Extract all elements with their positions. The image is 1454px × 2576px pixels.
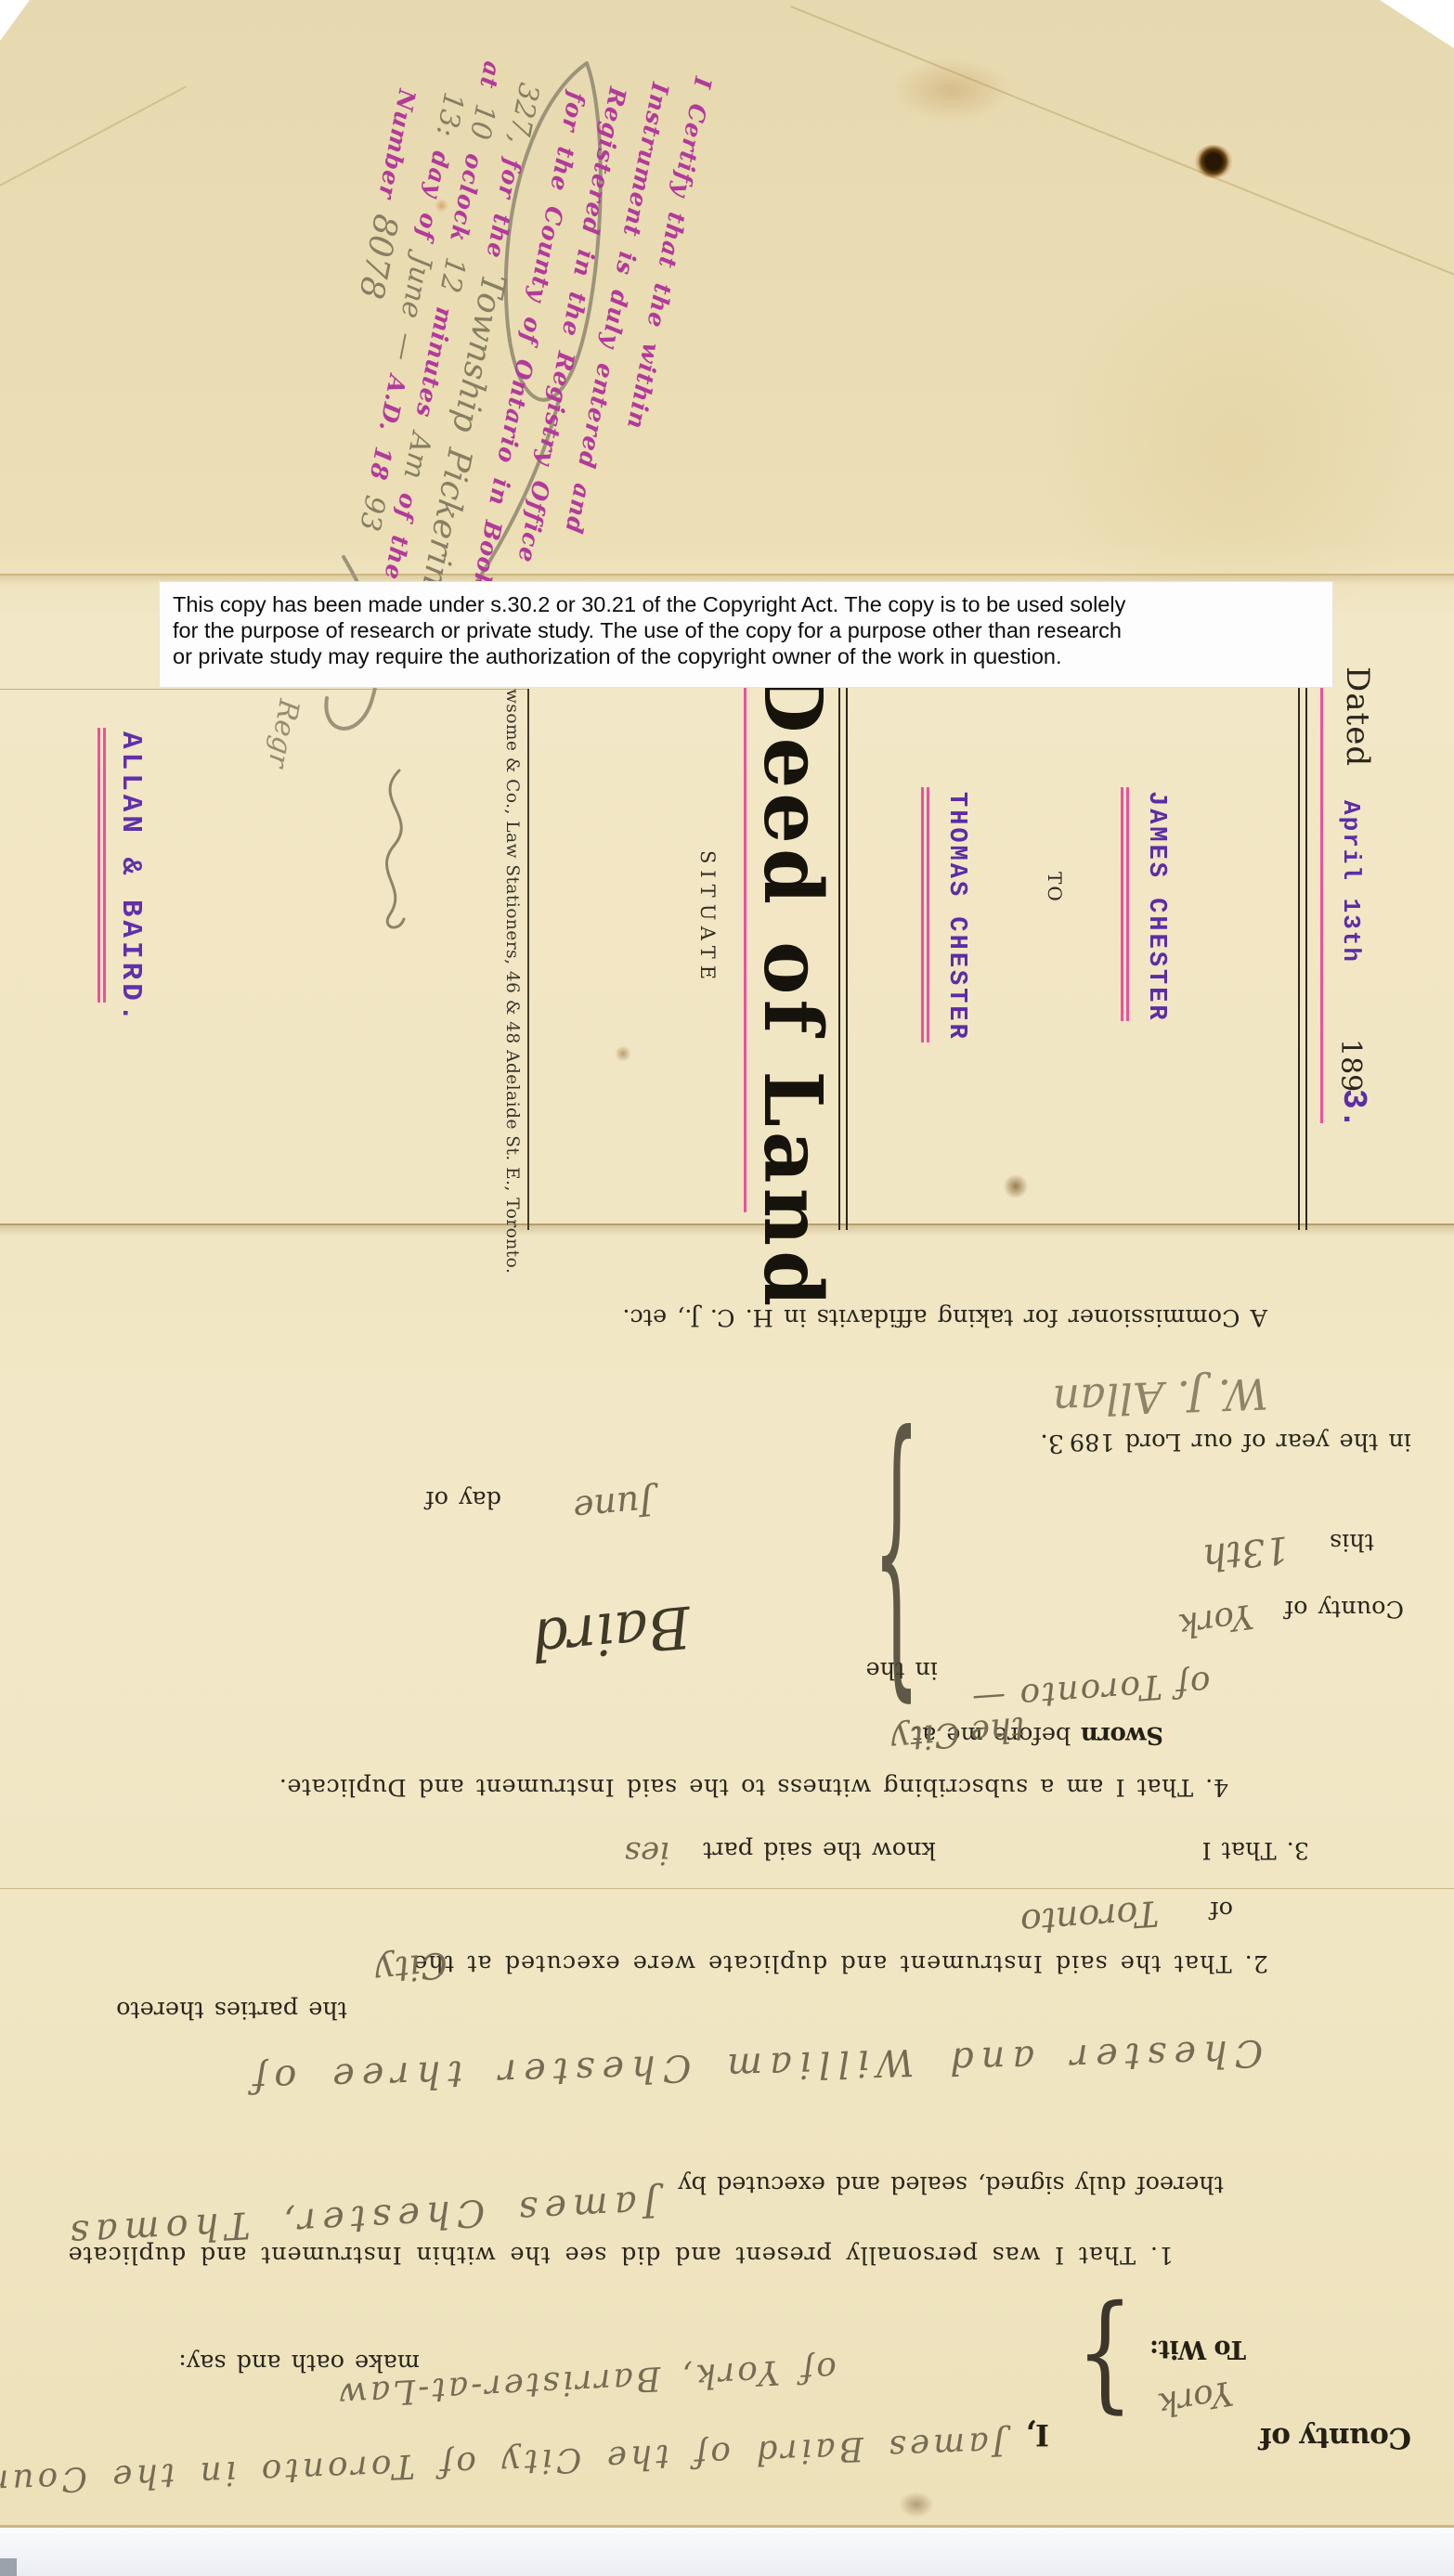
law-firm-stamp: ALLAN & BAIRD.	[114, 731, 147, 1025]
jurat-toronto-handwritten: of Toronto —	[969, 1663, 1212, 1718]
clause1-line2: thereof duly signed, sealed and executed…	[678, 2170, 1224, 2198]
grantee-underline	[922, 787, 925, 1042]
jurat-this: this	[1330, 1528, 1374, 1556]
clause3-printed: know the said part	[703, 1836, 936, 1864]
county-handwritten: York	[1155, 2373, 1236, 2424]
deponent-i-label: I,	[1026, 2417, 1049, 2453]
jurat-dayof: day of	[425, 1485, 501, 1513]
stamp-handwritten: 93	[353, 493, 392, 534]
grantor-name: JAMES CHESTER	[1142, 791, 1170, 1023]
county-brace: }	[1076, 2289, 1134, 2438]
copyright-notice: This copy has been made under s.30.2 or …	[160, 582, 1332, 687]
jurat-year: in the year of our Lord 189	[1070, 1428, 1411, 1456]
clause1-line3-printed: the parties thereto	[116, 1996, 347, 2024]
date-value: April 13th	[1337, 800, 1365, 964]
clause2-line2: of	[1210, 1896, 1233, 1923]
commissioner-title: A Commissioner for taking affidavits in …	[622, 1303, 1267, 1331]
stationer-credit: wsome & Co., Law Stationers, 46 & 48 Ade…	[502, 689, 522, 1274]
clause1-line3-handwritten: Chester and William Chester three of	[245, 2031, 1264, 2101]
panel-rule	[1305, 650, 1307, 1230]
grantee-underline	[928, 787, 930, 1042]
clause4-line: 4. That I am a subscribing witness to th…	[279, 1773, 1228, 1801]
to-wit-label: To Wit:	[1150, 2335, 1246, 2363]
situate-label: SITUATE	[696, 850, 719, 986]
diagonal-crease-top-right	[790, 6, 1454, 282]
deed-title: Deed of Land	[746, 664, 839, 1311]
clause2-toronto-handwritten: Toronto	[1019, 1893, 1161, 1943]
grantor-underline	[1122, 787, 1124, 1021]
corner-notch-top-right	[1380, 0, 1454, 48]
stain-top-right	[891, 58, 1012, 123]
copyright-line: This copy has been made under s.30.2 or …	[173, 591, 1332, 617]
clause3-prefix: 3. That I	[1202, 1836, 1310, 1864]
copyright-line: or private study may require the authori…	[173, 643, 1332, 669]
stamp-handwritten: 12	[433, 254, 472, 295]
jurat-day-handwritten: 13th	[1201, 1527, 1291, 1578]
jurat-year-suffix: 3.	[1040, 1429, 1064, 1457]
grantee-name: THOMAS CHESTER	[942, 792, 970, 1042]
deponent-signature: Baird	[528, 1593, 693, 1675]
clause2-city-handwritten: City	[373, 1944, 449, 1992]
panel-rule	[846, 650, 848, 1230]
sworn-label: Sworn	[1081, 1721, 1163, 1749]
deponent-line1-handwritten: James Baird of the City of Toronto in th…	[0, 2424, 1006, 2503]
stamp-text: at	[474, 59, 506, 92]
scanned-deed-document: Regr I Certify that the within Instrumen…	[0, 0, 1454, 2576]
commissioner-signature: W. J. Allan	[1052, 1368, 1269, 1426]
law-firm-underline	[104, 728, 107, 1003]
scanner-edge-sliver	[0, 2558, 17, 2576]
scanner-background-strip	[0, 2525, 1454, 2576]
year-printed: 189	[1334, 1039, 1367, 1092]
jurat-york-handwritten: York	[1175, 1597, 1255, 1645]
jurat-brace: }	[873, 1401, 920, 1756]
clause3-handwritten: ies	[625, 1834, 669, 1871]
grantor-underline	[1127, 787, 1130, 1021]
corner-notch-top-left	[0, 0, 30, 41]
affidavit-section: County of York To Wit: } I, James Baird …	[0, 1230, 1454, 2534]
title-underline	[744, 663, 746, 1212]
county-label: County of	[1260, 2421, 1411, 2454]
to-label: TO	[1044, 872, 1066, 903]
wormhole-spot	[1194, 145, 1233, 178]
clause2-line1: 2. That the said Instrument and duplicat…	[412, 1949, 1268, 1977]
law-firm-underline	[98, 728, 101, 1003]
dated-underline	[1320, 665, 1323, 1123]
pencil-scribble	[353, 761, 455, 938]
jurat-june-handwritten: June	[572, 1482, 656, 1529]
diagonal-crease-top-left	[0, 85, 187, 191]
panel-rule	[1298, 650, 1300, 1230]
copyright-line: for the purpose of research or private s…	[173, 617, 1332, 643]
dated-label: Dated	[1339, 667, 1376, 767]
jurat-countyof: County of	[1285, 1595, 1404, 1623]
year-written: 3.	[1334, 1089, 1372, 1129]
oath-text: make oath and say:	[178, 2349, 420, 2376]
stamp-handwritten: 10	[462, 101, 501, 142]
cover-frame-line	[527, 689, 529, 1230]
